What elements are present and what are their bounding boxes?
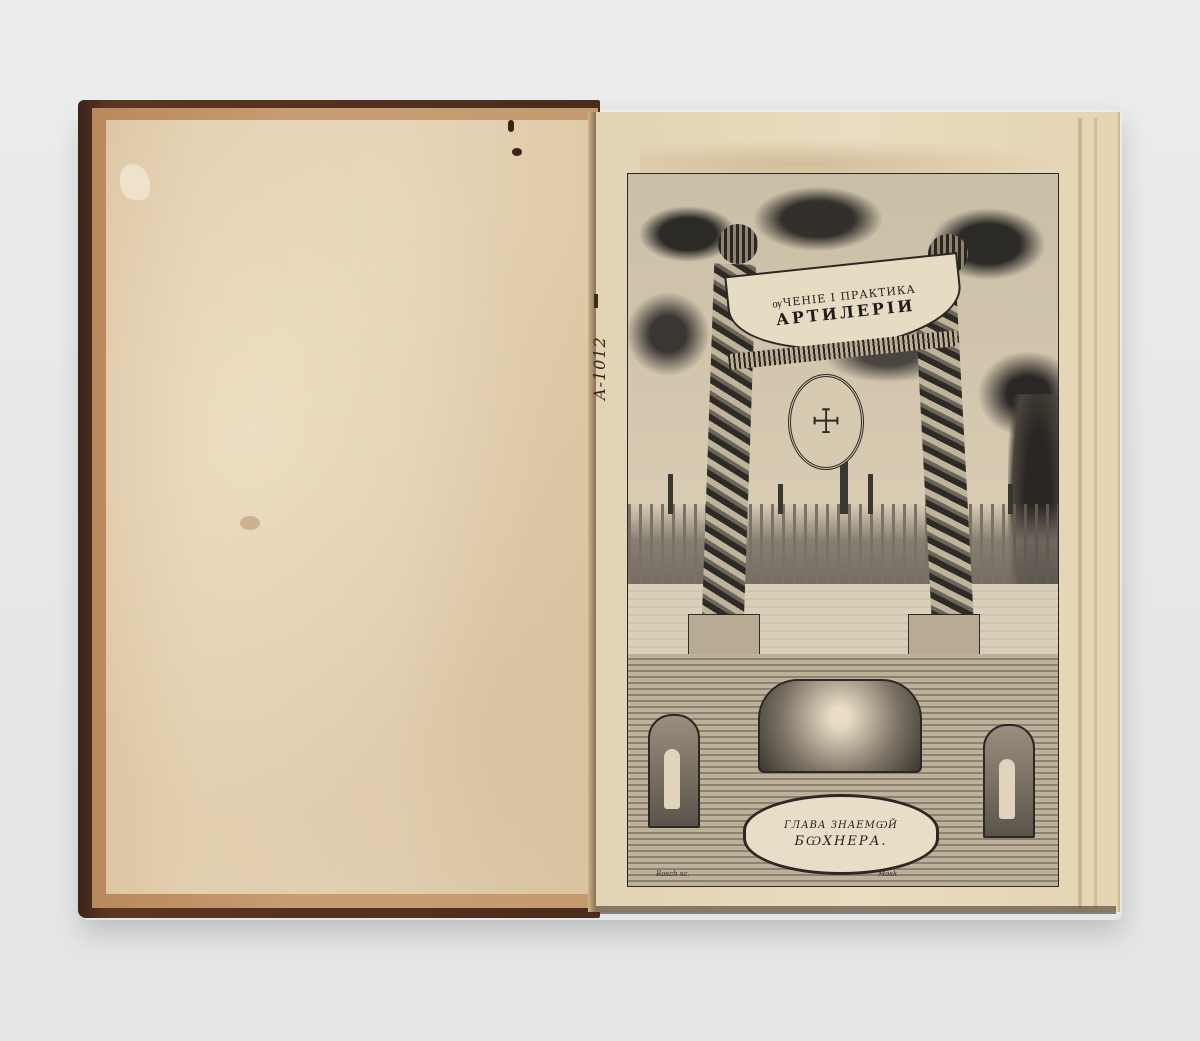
coat-of-arms-medallion: ☩ — [788, 374, 864, 470]
place-signature: Mosk — [878, 870, 897, 878]
ink-mark — [594, 294, 598, 308]
page-edge — [1094, 118, 1097, 908]
shelfmark-label: A-1012 — [590, 336, 609, 400]
tower-spire — [778, 484, 783, 514]
page-shadow — [596, 906, 1116, 914]
cartouche-line-1: ГЛАВА ЗНАЕМѠЙ — [784, 820, 898, 831]
frontispiece-engraving: ѹЧЕНІЕ І ПРАКТИКА АРТИЛЕРІИ ☩ ГЛАВА ЗНАЕ… — [627, 173, 1059, 887]
statue-figure — [664, 749, 680, 809]
ink-stain — [508, 120, 514, 132]
page-edge — [1078, 118, 1082, 908]
flaming-globe-left — [718, 224, 758, 264]
tower-spire — [1008, 484, 1013, 514]
cartouche-line-2: БѠХНЕРА. — [794, 833, 887, 849]
left-pastedown-page — [106, 120, 590, 894]
imprint-cartouche: ГЛАВА ЗНАЕМѠЙ БѠХНЕРА. — [743, 794, 939, 875]
tower-spire — [668, 474, 673, 514]
statue-figure — [999, 759, 1015, 819]
allegorical-relief — [758, 679, 922, 773]
tower-spire — [868, 474, 873, 514]
photo-scene: A-1012 ѹЧЕНІЕ І ПРАКТИКА АРТИЛЕРІИ ☩ — [0, 0, 1200, 1041]
double-headed-eagle-icon: ☩ — [811, 405, 841, 439]
engraver-signature: Rosch sc. — [656, 870, 689, 878]
foxing-spot — [240, 516, 260, 530]
kremlin-cityscape — [628, 504, 1058, 594]
ink-stain — [512, 148, 522, 156]
